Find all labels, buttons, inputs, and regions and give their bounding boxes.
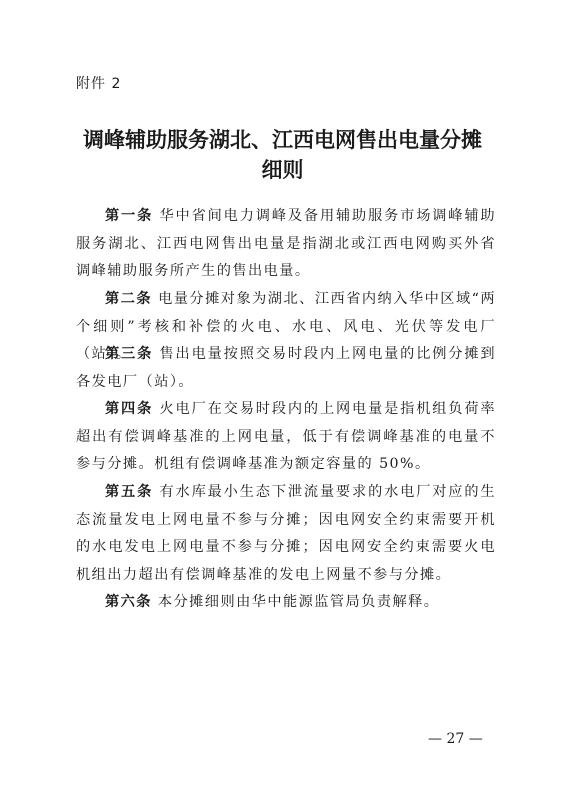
page-number: — 27 — xyxy=(428,731,483,747)
article-4: 第四条 火电厂在交易时段内的上网电量是指机组负荷率超出有偿调峰基准的上网电量，低… xyxy=(76,396,496,479)
article-6: 第六条 本分摊细则由华中能源监管局负责解释。 xyxy=(76,589,496,617)
article-1: 第一条 华中省间电力调峰及备用辅助服务市场调峰辅助服务湖北、江西电网售出电量是指… xyxy=(76,203,496,286)
attachment-label: 附件 2 xyxy=(76,73,121,93)
article-heading: 第一条 xyxy=(105,208,153,224)
document-title-line1: 调峰辅助服务湖北、江西电网售出电量分摊 xyxy=(60,125,505,155)
article-heading: 第五条 xyxy=(105,484,153,500)
article-5: 第五条 有水库最小生态下泄流量要求的水电厂对应的生态流量发电上网电量不参与分摊；… xyxy=(76,479,496,589)
article-text: 本分摊细则由华中能源监管局负责解释。 xyxy=(158,594,439,610)
article-3: 第三条 售出电量按照交易时段内上网电量的比例分摊到各发电厂（站）。 xyxy=(76,341,496,396)
article-heading: 第三条 xyxy=(105,346,153,362)
article-heading: 第六条 xyxy=(105,594,152,610)
article-heading: 第四条 xyxy=(105,401,153,417)
document-title-line2: 细则 xyxy=(60,155,505,185)
article-heading: 第二条 xyxy=(105,291,152,307)
